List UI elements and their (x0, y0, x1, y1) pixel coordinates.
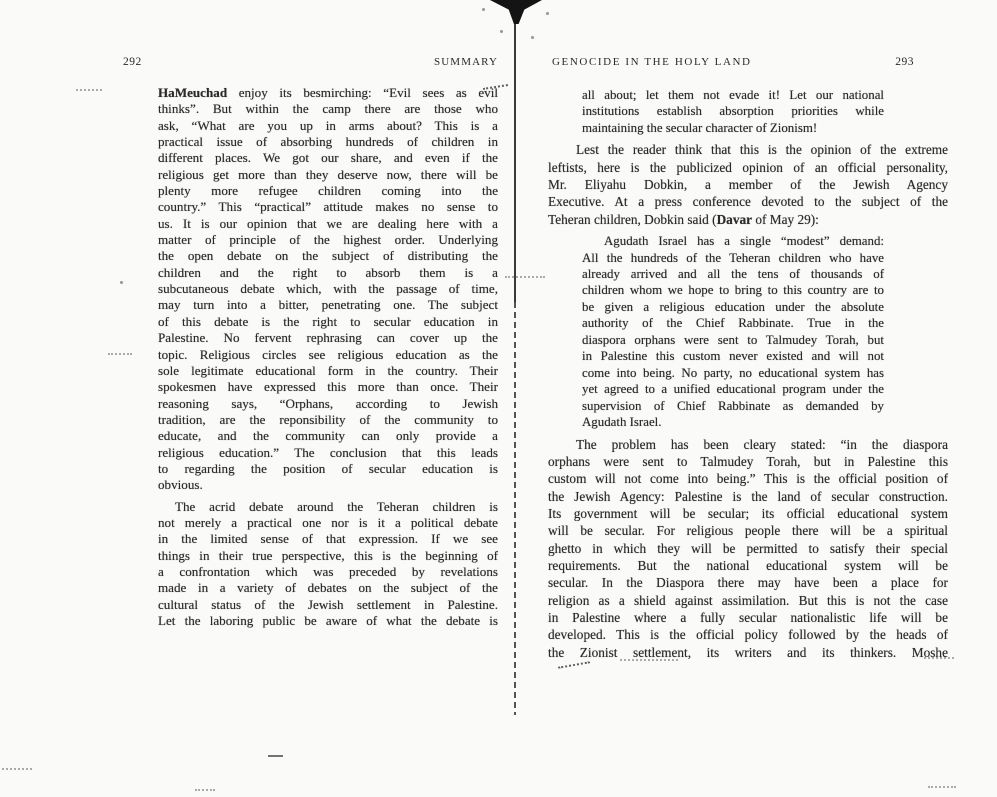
text-line: sole legitimate educational form in the … (158, 363, 498, 379)
right-running-header: GENOCIDE IN THE HOLY LAND (552, 56, 752, 68)
text-line: children whom we hope to bring to this c… (582, 282, 884, 298)
text-line: Agudath Israel. (582, 414, 884, 430)
text-line: thinks”. But within the camp there are t… (158, 101, 498, 117)
text-line: orphans were sent to Talmudey Torah, but… (548, 453, 948, 470)
text-line: HaMeuchad enjoy its besmirching: “Evil s… (158, 85, 498, 101)
text-line: come into being. No party, no educationa… (582, 365, 884, 381)
scan-speckle (546, 12, 549, 15)
scan-smudge (2, 768, 32, 770)
text-line: Its government will be secular; its offi… (548, 505, 948, 522)
text-line: religious get more than they deserve now… (158, 167, 498, 183)
text-line: All the hundreds of the Teheran children… (582, 250, 884, 266)
text-line: the Zionist settlement, its writers and … (548, 644, 948, 661)
text-line: Agudath Israel has a single “modest” dem… (582, 233, 884, 249)
scan-smudge (505, 276, 545, 278)
text-line: may turn into a bitter, penetrating one.… (158, 297, 498, 313)
text-line: us. It is our opinion that we are dealin… (158, 216, 498, 232)
text-line: spokesmen have expressed this more than … (158, 379, 498, 395)
scan-speckle (531, 36, 534, 39)
text-line: The acrid debate around the Teheran chil… (158, 499, 498, 515)
text-line: in Palestine this custom never existed a… (582, 348, 884, 364)
text-line: Palestine. No fervent rephrasing can cov… (158, 330, 498, 346)
text-line: requirements. But the national education… (548, 557, 948, 574)
text-line: maintaining the secular character of Zio… (582, 120, 884, 136)
right-page-number: 293 (895, 56, 914, 68)
text-line: the open debate on the subject of distri… (158, 248, 498, 264)
text-line: to regarding the position of secular edu… (158, 461, 498, 477)
text-line: the Jewish Agency: Palestine is the land… (548, 488, 948, 505)
text-line: Teheran children, Dobkin said (Davar of … (548, 211, 948, 228)
text-line: ask, “What are you up in arms about? Thi… (158, 118, 498, 134)
text-line: in the limited sense of that expression.… (158, 531, 498, 547)
text-line: practical issue of absorbing hundreds of… (158, 134, 498, 150)
text-line: developed. This is the official policy f… (548, 626, 948, 643)
text-line: tradition, are the reponsibility of the … (158, 412, 498, 428)
left-page-text: HaMeuchad enjoy its besmirching: “Evil s… (158, 85, 498, 629)
text-line: already arrived and all the tens of thou… (582, 266, 884, 282)
book-spine-line-faded (514, 302, 516, 715)
text-line: will be secular. For religious people th… (548, 522, 948, 539)
text-line: yet agreed to a unified educational prog… (582, 381, 884, 397)
text-line: a confrontation which was preceded by re… (158, 564, 498, 580)
left-page-header: 292 SUMMARY (123, 56, 498, 68)
text-line: not merely a practical one nor is it a p… (158, 515, 498, 531)
text-line: supervision of Chief Rabbinate as demand… (582, 398, 884, 414)
text-line: authority of the Chief Rabbinate. True i… (582, 315, 884, 331)
text-line: Executive. At a press conference devoted… (548, 193, 948, 210)
text-line: institutions establish absorption priori… (582, 103, 884, 119)
text-line: religious education.” The conclusion tha… (158, 445, 498, 461)
text-line: religion as a shield against assimilatio… (548, 592, 948, 609)
text-line: obvious. (158, 477, 498, 493)
scan-smudge (924, 657, 954, 659)
text-line: matter of principle of the highest order… (158, 232, 498, 248)
book-spine-line (514, 8, 516, 302)
text-line: educate, and the community can only prov… (158, 428, 498, 444)
scan-smudge (558, 661, 590, 669)
scan-smudge (928, 786, 956, 788)
text-line: plenty more refugee children coming into… (158, 183, 498, 199)
book-scan: 292 SUMMARY HaMeuchad enjoy its besmirch… (0, 0, 997, 797)
left-page-number: 292 (123, 56, 142, 68)
text-line: custom will not come into being.” This i… (548, 470, 948, 487)
text-line: all about; let them not evade it! Let ou… (582, 87, 884, 103)
text-line: secular. In the Diaspora there may have … (548, 574, 948, 591)
scan-smudge (268, 755, 283, 757)
text-line: things in their true perspective, this i… (158, 548, 498, 564)
ink-blob-artifact (490, 0, 542, 24)
text-line: different places. We got our share, and … (158, 150, 498, 166)
scan-smudge (620, 659, 678, 661)
scan-speckle (500, 30, 503, 33)
text-line: subcutaneous debate which, with the pass… (158, 281, 498, 297)
text-line: Let the laboring public be aware of what… (158, 613, 498, 629)
text-line: country.” This “practical” attitude make… (158, 199, 498, 215)
text-line: leftists, here is the publicized opinion… (548, 159, 948, 176)
scan-speckle (120, 281, 123, 284)
text-line: ghetto in which they will be permitted t… (548, 540, 948, 557)
left-running-header: SUMMARY (434, 56, 498, 68)
right-page-text: all about; let them not evade it! Let ou… (548, 87, 948, 661)
text-line: children and the right to absorb them is… (158, 265, 498, 281)
text-line: cultural status of the Jewish settlement… (158, 597, 498, 613)
right-page-header: GENOCIDE IN THE HOLY LAND 293 (552, 56, 914, 68)
scan-speckle (482, 8, 485, 11)
text-line: reasoning says, “Orphans, according to J… (158, 396, 498, 412)
text-line: diaspora orphans were sent to Talmudey T… (582, 332, 884, 348)
text-line: of this debate is the right to secular e… (158, 314, 498, 330)
scan-smudge (195, 789, 215, 791)
text-line: in Palestine where a fully secular natio… (548, 609, 948, 626)
text-line: Mr. Eliyahu Dobkin, a member of the Jewi… (548, 176, 948, 193)
text-line: topic. Religious circles see religious e… (158, 347, 498, 363)
scan-smudge (108, 353, 132, 355)
scan-smudge (76, 89, 102, 91)
text-line: made in a variety of debates on the subj… (158, 580, 498, 596)
text-line: Lest the reader think that this is the o… (548, 141, 948, 158)
text-line: be given a religious education under the… (582, 299, 884, 315)
text-line: The problem has been cleary stated: “in … (548, 436, 948, 453)
